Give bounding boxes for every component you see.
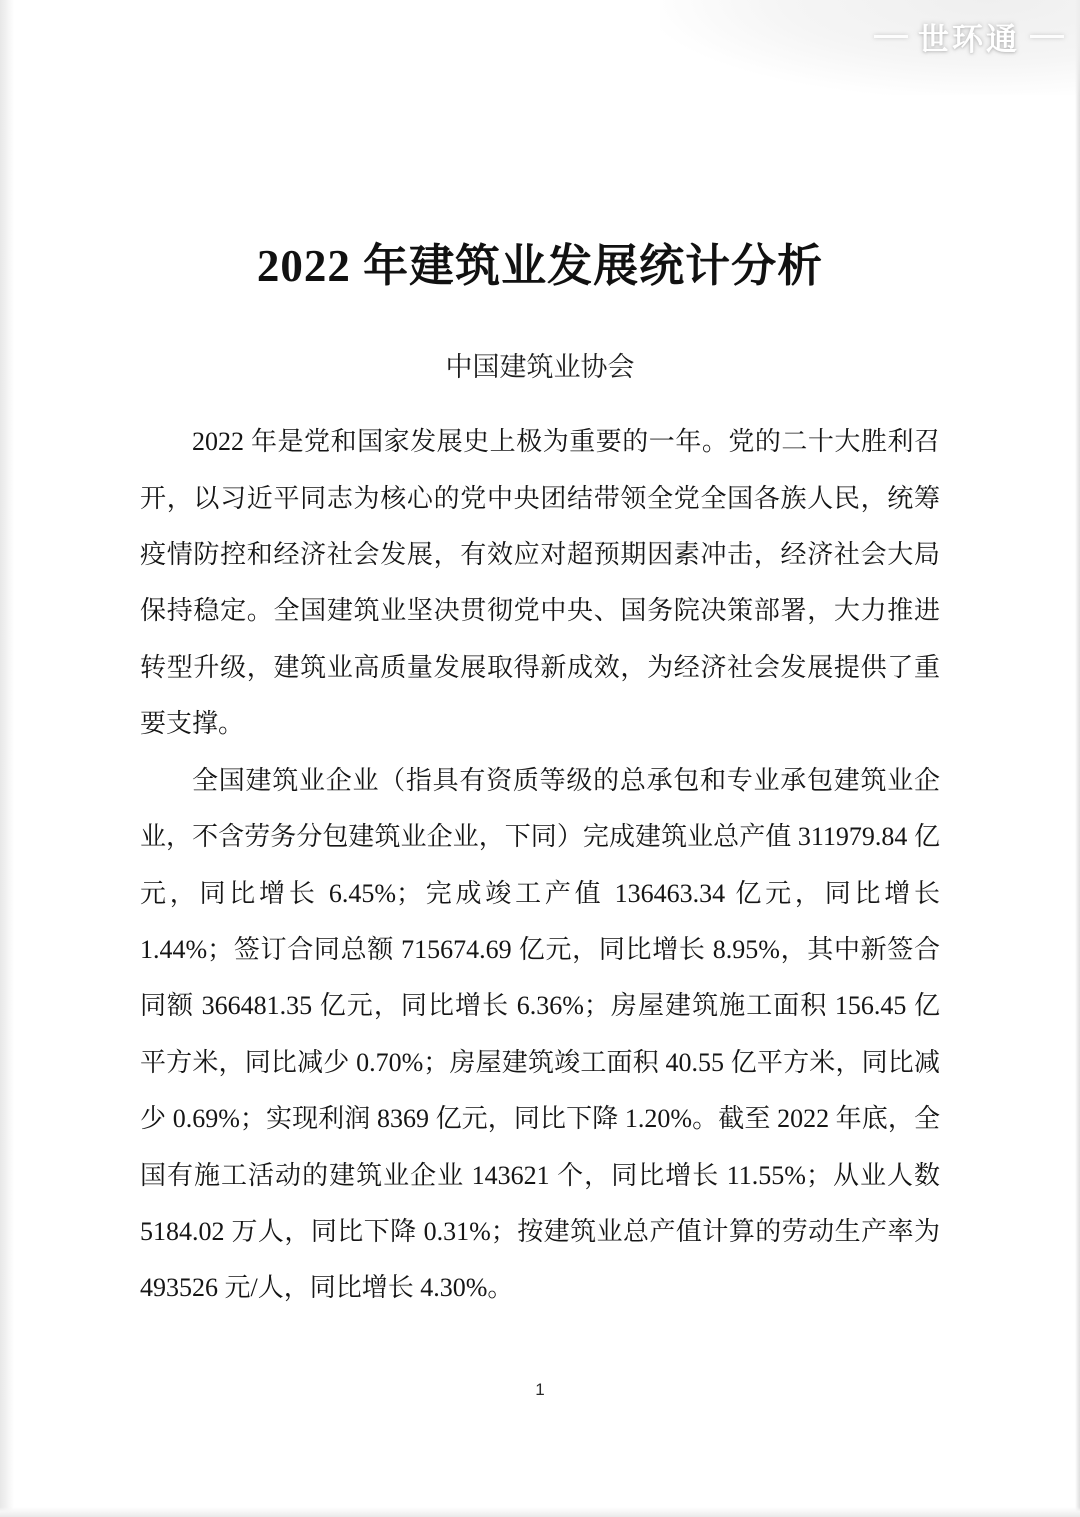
paragraph-intro: 2022 年是党和国家发展史上极为重要的一年。党的二十大胜利召开，以习近平同志为… — [140, 414, 940, 752]
watermark-dash-right-icon — [1030, 35, 1064, 38]
document-page: 世环通 2022 年建筑业发展统计分析 中国建筑业协会 2022 年是党和国家发… — [0, 0, 1080, 1517]
page-bottom-edge-shadow — [0, 1507, 1080, 1517]
watermark-text: 世环通 — [918, 14, 1020, 59]
page-number: 1 — [0, 1380, 1080, 1400]
paragraph-statistics: 全国建筑业企业（指具有资质等级的总承包和专业承包建筑业企业，不含劳务分包建筑业企… — [140, 753, 940, 1317]
watermark-dash-left-icon — [874, 35, 908, 38]
document-subtitle: 中国建筑业协会 — [0, 345, 1080, 384]
page-left-edge-shadow — [0, 0, 14, 1517]
page-right-edge-shadow — [1075, 0, 1080, 1517]
document-body: 2022 年是党和国家发展史上极为重要的一年。党的二十大胜利召开，以习近平同志为… — [140, 414, 940, 1317]
watermark: 世环通 — [874, 14, 1064, 59]
document-title: 2022 年建筑业发展统计分析 — [0, 243, 1080, 290]
